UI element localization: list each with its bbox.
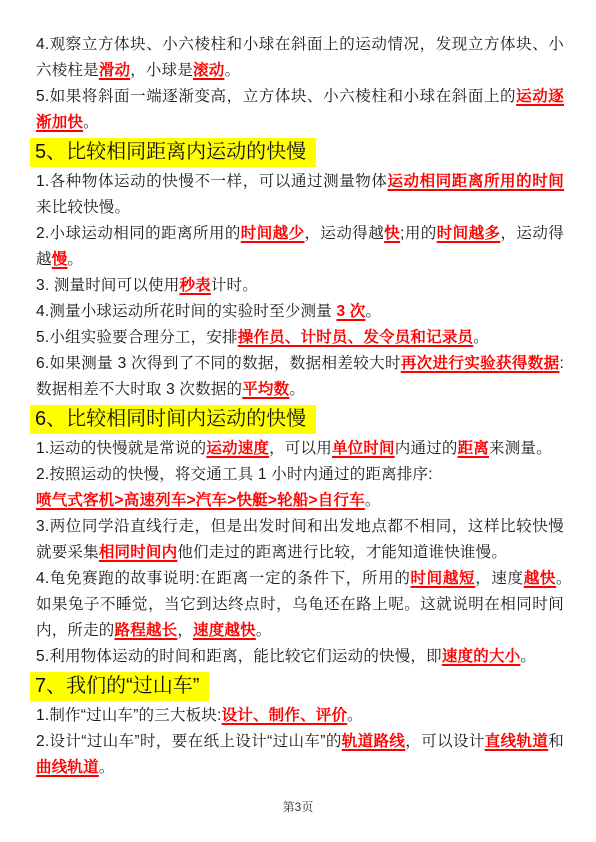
paragraph: 2.小球运动相同的距离所用的时间越少，运动得越快;用的时间越多，运动得越慢。 <box>36 221 564 273</box>
emphasis-text: 平均数 <box>242 381 289 398</box>
heading-highlight: 5、比较相同距离内运动的快慢 <box>30 138 316 167</box>
emphasis-text: 再次进行实验获得数据 <box>401 355 560 372</box>
text-run: 来比较快慢。 <box>36 199 130 216</box>
text-run: ，速度 <box>475 570 524 587</box>
emphasis-text: 喷气式客机>高速列车>汽车>快艇>轮船>自行车 <box>36 492 365 509</box>
text-run: 。 <box>289 381 305 398</box>
text-run: 。 <box>83 114 99 131</box>
text-run: 2.小球运动相同的距离所用的 <box>36 225 241 242</box>
text-run: 。 <box>99 759 115 776</box>
emphasis-text: 直线轨道 <box>485 733 549 750</box>
paragraph: 1.各种物体运动的快慢不一样，可以通过测量物体运动相同距离所用的时间来比较快慢。 <box>36 169 564 221</box>
text-run: 6.如果测量 3 次得到了不同的数据，数据相差较大时 <box>36 355 401 372</box>
heading-highlight: 6、比较相同时间内运动的快慢 <box>30 405 316 434</box>
text-run: 。 <box>473 329 489 346</box>
text-run: ，小球是 <box>130 62 193 79</box>
text-run: 。 <box>365 492 381 509</box>
text-run: 1.各种物体运动的快慢不一样，可以通过测量物体 <box>36 173 387 190</box>
text-run: 1.运动的快慢就是常说的 <box>36 440 206 457</box>
section-heading: 6、比较相同时间内运动的快慢 <box>36 405 564 434</box>
heading-highlight: 7、我们的“过山车” <box>30 672 209 701</box>
text-run: 2.设计“过山车”时，要在纸上设计“过山车”的 <box>36 733 342 750</box>
emphasis-text: 滑动 <box>99 62 130 79</box>
emphasis-text: 秒表 <box>179 277 210 294</box>
document-page: 4.观察立方体块、小六棱柱和小球在斜面上的运动情况，发现立方体块、小六棱柱是滑动… <box>0 0 596 842</box>
emphasis-text: 相同时间内 <box>99 544 178 561</box>
emphasis-text: 距离 <box>458 440 489 457</box>
text-run: 计时。 <box>211 277 258 294</box>
text-run: 来测量。 <box>489 440 552 457</box>
paragraph: 2.设计“过山车”时，要在纸上设计“过山车”的轨道路线，可以设计直线轨道和曲线轨… <box>36 729 564 781</box>
text-run: ，运动得越 <box>305 225 385 242</box>
emphasis-text: 运动相同距离所用的时间 <box>387 173 564 190</box>
text-run: 5.利用物体运动的时间和距离，能比较它们运动的快慢，即 <box>36 648 442 665</box>
emphasis-text: 慢 <box>52 251 68 268</box>
paragraph: 5.如果将斜面一端逐渐变高，立方体块、小六棱柱和小球在斜面上的运动逐渐加快。 <box>36 84 564 136</box>
text-run: ，可以用 <box>269 440 332 457</box>
paragraph: 4.龟免赛跑的故事说明:在距离一定的条件下，所用的时间越短，速度越快。 如果兔子… <box>36 566 564 644</box>
paragraph: 3.两位同学沿直线行走，但是出发时间和出发地点都不相同，这样比较快慢就要采集相同… <box>36 514 564 566</box>
text-run: 。 <box>520 648 536 665</box>
text-run: 他们走过的距离进行比较，才能知道谁快谁慢。 <box>177 544 507 561</box>
paragraph: 4.观察立方体块、小六棱柱和小球在斜面上的运动情况，发现立方体块、小六棱柱是滑动… <box>36 32 564 84</box>
emphasis-text: 曲线轨道 <box>36 759 99 776</box>
text-run: 3. 测量时间可以使用 <box>36 277 179 294</box>
text-run: 2.按照运动的快慢，将交通工具 1 小时内通过的距离排序: <box>36 466 433 483</box>
paragraph: 5.利用物体运动的时间和距离，能比较它们运动的快慢，即速度的大小。 <box>36 644 564 670</box>
emphasis-text: 滚动 <box>193 62 224 79</box>
text-run: 4.龟免赛跑的故事说明:在距离一定的条件下，所用的 <box>36 570 411 587</box>
text-run: 。 <box>256 622 272 639</box>
emphasis-text: 路程越长 <box>115 622 178 639</box>
text-run: 。 <box>224 62 240 79</box>
section-heading: 5、比较相同距离内运动的快慢 <box>36 138 564 167</box>
page-number: 第3页 <box>283 800 314 814</box>
emphasis-text: 时间越多 <box>437 225 501 242</box>
emphasis-text: 操作员、计时员、发令员和记录员 <box>238 329 474 346</box>
paragraph: 3. 测量时间可以使用秒表计时。 <box>36 273 564 299</box>
emphasis-text: 速度的大小 <box>442 648 521 665</box>
paragraph: 6.如果测量 3 次得到了不同的数据，数据相差较大时再次进行实验获得数据:数据相… <box>36 351 564 403</box>
paragraph: 1.运动的快慢就是常说的运动速度，可以用单位时间内通过的距离来测量。 <box>36 436 564 462</box>
emphasis-text: 轨道路线 <box>342 733 406 750</box>
paragraph: 喷气式客机>高速列车>汽车>快艇>轮船>自行车。 <box>36 488 564 514</box>
emphasis-text: 3 次 <box>336 303 365 320</box>
emphasis-text: 时间越少 <box>241 225 305 242</box>
text-run: ，可以设计 <box>405 733 484 750</box>
emphasis-text: 设计、制作、评价 <box>222 707 348 724</box>
emphasis-text: 单位时间 <box>332 440 395 457</box>
text-run: 和 <box>548 733 564 750</box>
text-run: 。 <box>67 251 83 268</box>
emphasis-text: 运动速度 <box>206 440 269 457</box>
paragraph: 2.按照运动的快慢，将交通工具 1 小时内通过的距离排序: <box>36 462 564 488</box>
text-run: ;用的 <box>400 225 437 242</box>
text-run: 5.小组实验要合理分工，安排 <box>36 329 238 346</box>
text-run: 5.如果将斜面一端逐渐变高，立方体块、小六棱柱和小球在斜面上的 <box>36 88 516 105</box>
page-footer: 第3页 <box>0 798 596 815</box>
paragraph: 5.小组实验要合理分工，安排操作员、计时员、发令员和记录员。 <box>36 325 564 351</box>
text-run: 4.测量小球运动所花时间的实验时至少测量 <box>36 303 336 320</box>
document-content: 4.观察立方体块、小六棱柱和小球在斜面上的运动情况，发现立方体块、小六棱柱是滑动… <box>36 32 564 781</box>
section-heading: 7、我们的“过山车” <box>36 672 564 701</box>
text-run: 。 <box>347 707 363 724</box>
text-run: ， <box>177 622 193 639</box>
text-run: 。 <box>365 303 381 320</box>
emphasis-text: 快 <box>384 225 400 242</box>
text-run: 内通过的 <box>395 440 458 457</box>
text-run: 1.制作“过山车”的三大板块: <box>36 707 222 724</box>
emphasis-text: 时间越短 <box>411 570 476 587</box>
paragraph: 4.测量小球运动所花时间的实验时至少测量 3 次。 <box>36 299 564 325</box>
emphasis-text: 越快 <box>524 570 556 587</box>
paragraph: 1.制作“过山车”的三大板块:设计、制作、评价。 <box>36 703 564 729</box>
emphasis-text: 速度越快 <box>193 622 256 639</box>
